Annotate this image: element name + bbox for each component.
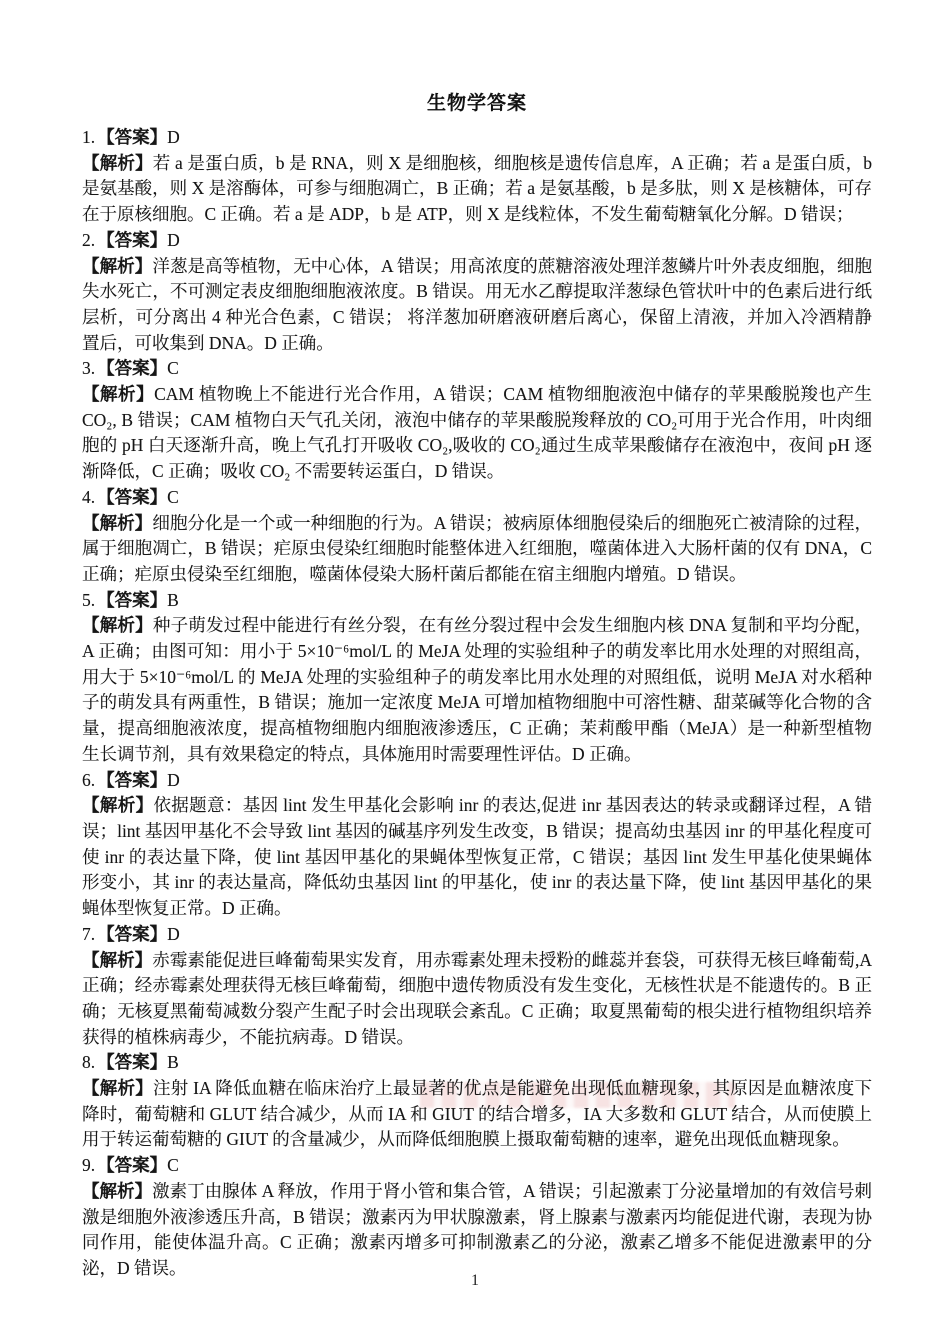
analysis-label: 【解析】 (82, 795, 153, 815)
item-number: 6. (82, 770, 95, 790)
analysis-text: 注射 IA 降低血糖在临床治疗上最显著的优点是能避免出现低血糖现象，其原因是血糖… (82, 1078, 872, 1149)
analysis-label: 【解析】 (82, 256, 152, 276)
page-title: 生物学答案 (82, 88, 872, 115)
item-number: 4. (82, 487, 95, 507)
analysis-paragraph: 【解析】种子萌发过程中能进行有丝分裂，在有丝分裂过程中会发生细胞内核 DNA 复… (82, 613, 872, 767)
answer-label: 【答案】 (97, 770, 167, 790)
analysis-paragraph: 【解析】细胞分化是一个或一种细胞的行为。A 错误；被病原体细胞侵染后的细胞死亡被… (82, 511, 872, 588)
analysis-text: CAM 植物晚上不能进行光合作用，A 错误；CAM 植物细胞液泡中储存的苹果酸脱… (82, 384, 872, 481)
analysis-label: 【解析】 (82, 1181, 152, 1201)
item-number: 3. (82, 358, 95, 378)
answer-line: 5.【答案】B (82, 588, 872, 614)
item-number: 9. (82, 1155, 95, 1175)
answer-value: D (167, 230, 180, 250)
analysis-label: 【解析】 (82, 384, 154, 404)
analysis-text: 激素丁由腺体 A 释放，作用于肾小管和集合管，A 错误；引起激素丁分泌量增加的有… (82, 1181, 872, 1278)
analysis-label: 【解析】 (82, 153, 153, 173)
document-page: 生物学答案 1.【答案】D 【解析】若 a 是蛋白质，b 是 RNA，则 X 是… (0, 0, 950, 1344)
page-number: 1 (0, 1272, 950, 1290)
answer-value: C (167, 1155, 179, 1175)
answer-value: C (167, 358, 179, 378)
answer-item-9: 9.【答案】C 【解析】激素丁由腺体 A 释放，作用于肾小管和集合管，A 错误；… (82, 1153, 872, 1282)
answer-item-3: 3.【答案】C 【解析】CAM 植物晚上不能进行光合作用，A 错误；CAM 植物… (82, 356, 872, 485)
answer-item-2: 2.【答案】D 【解析】洋葱是高等植物，无中心体，A 错误；用高浓度的蔗糖溶液处… (82, 228, 872, 357)
item-number: 7. (82, 924, 95, 944)
answer-line: 9.【答案】C (82, 1153, 872, 1179)
answer-line: 7.【答案】D (82, 922, 872, 948)
answer-item-1: 1.【答案】D 【解析】若 a 是蛋白质，b 是 RNA，则 X 是细胞核，细胞… (82, 125, 872, 228)
analysis-paragraph: 【解析】若 a 是蛋白质，b 是 RNA，则 X 是细胞核，细胞核是遗传信息库，… (82, 151, 872, 228)
analysis-paragraph: 【解析】注射 IA 降低血糖在临床治疗上最显著的优点是能避免出现低血糖现象，其原… (82, 1076, 872, 1153)
analysis-paragraph: 【解析】洋葱是高等植物，无中心体，A 错误；用高浓度的蔗糖溶液处理洋葱鳞片叶外表… (82, 254, 872, 357)
answer-line: 6.【答案】D (82, 768, 872, 794)
document-content: 生物学答案 1.【答案】D 【解析】若 a 是蛋白质，b 是 RNA，则 X 是… (82, 88, 872, 1282)
item-number: 8. (82, 1052, 95, 1072)
answer-label: 【答案】 (97, 1052, 167, 1072)
analysis-label: 【解析】 (82, 513, 152, 533)
answer-value: D (167, 924, 180, 944)
answer-value: B (167, 590, 179, 610)
answer-value: B (167, 1052, 179, 1072)
analysis-text: 依据题意：基因 lint 发生甲基化会影响 inr 的表达,促进 inr 基因表… (82, 795, 872, 918)
answer-line: 2.【答案】D (82, 228, 872, 254)
analysis-text: 洋葱是高等植物，无中心体，A 错误；用高浓度的蔗糖溶液处理洋葱鳞片叶外表皮细胞，… (82, 256, 872, 353)
answer-label: 【答案】 (97, 924, 167, 944)
answer-label: 【答案】 (97, 230, 167, 250)
analysis-paragraph: 【解析】激素丁由腺体 A 释放，作用于肾小管和集合管，A 错误；引起激素丁分泌量… (82, 1179, 872, 1282)
answer-item-8: 8.【答案】B 【解析】注射 IA 降低血糖在临床治疗上最显著的优点是能避免出现… (82, 1050, 872, 1153)
item-number: 1. (82, 127, 95, 147)
answer-value: D (167, 127, 180, 147)
analysis-text: 赤霉素能促进巨峰葡萄果实发育，用赤霉素处理未授粉的雌蕊并套袋，可获得无核巨峰葡萄… (82, 950, 872, 1047)
analysis-text: 种子萌发过程中能进行有丝分裂，在有丝分裂过程中会发生细胞内核 DNA 复制和平均… (82, 615, 872, 764)
answer-label: 【答案】 (97, 590, 167, 610)
answer-item-7: 7.【答案】D 【解析】赤霉素能促进巨峰葡萄果实发育，用赤霉素处理未授粉的雌蕊并… (82, 922, 872, 1051)
analysis-label: 【解析】 (82, 1078, 153, 1098)
answer-line: 4.【答案】C (82, 485, 872, 511)
item-number: 5. (82, 590, 95, 610)
answer-label: 【答案】 (97, 127, 167, 147)
analysis-text: 若 a 是蛋白质，b 是 RNA，则 X 是细胞核，细胞核是遗传信息库，A 正确… (82, 153, 872, 224)
analysis-text: 细胞分化是一个或一种细胞的行为。A 错误；被病原体细胞侵染后的细胞死亡被清除的过… (82, 513, 872, 584)
answer-value: C (167, 487, 179, 507)
answer-label: 【答案】 (97, 358, 167, 378)
answer-item-6: 6.【答案】D 【解析】依据题意：基因 lint 发生甲基化会影响 inr 的表… (82, 768, 872, 922)
answer-line: 3.【答案】C (82, 356, 872, 382)
answer-line: 1.【答案】D (82, 125, 872, 151)
answer-value: D (167, 770, 180, 790)
answer-line: 8.【答案】B (82, 1050, 872, 1076)
analysis-paragraph: 【解析】CAM 植物晚上不能进行光合作用，A 错误；CAM 植物细胞液泡中储存的… (82, 382, 872, 485)
item-number: 2. (82, 230, 95, 250)
answer-label: 【答案】 (97, 487, 167, 507)
analysis-label: 【解析】 (82, 950, 152, 970)
analysis-paragraph: 【解析】赤霉素能促进巨峰葡萄果实发育，用赤霉素处理未授粉的雌蕊并套袋，可获得无核… (82, 948, 872, 1051)
answer-item-4: 4.【答案】C 【解析】细胞分化是一个或一种细胞的行为。A 错误；被病原体细胞侵… (82, 485, 872, 588)
analysis-label: 【解析】 (82, 615, 153, 635)
analysis-paragraph: 【解析】依据题意：基因 lint 发生甲基化会影响 inr 的表达,促进 inr… (82, 793, 872, 922)
answer-item-5: 5.【答案】B 【解析】种子萌发过程中能进行有丝分裂，在有丝分裂过程中会发生细胞… (82, 588, 872, 768)
answer-label: 【答案】 (97, 1155, 167, 1175)
